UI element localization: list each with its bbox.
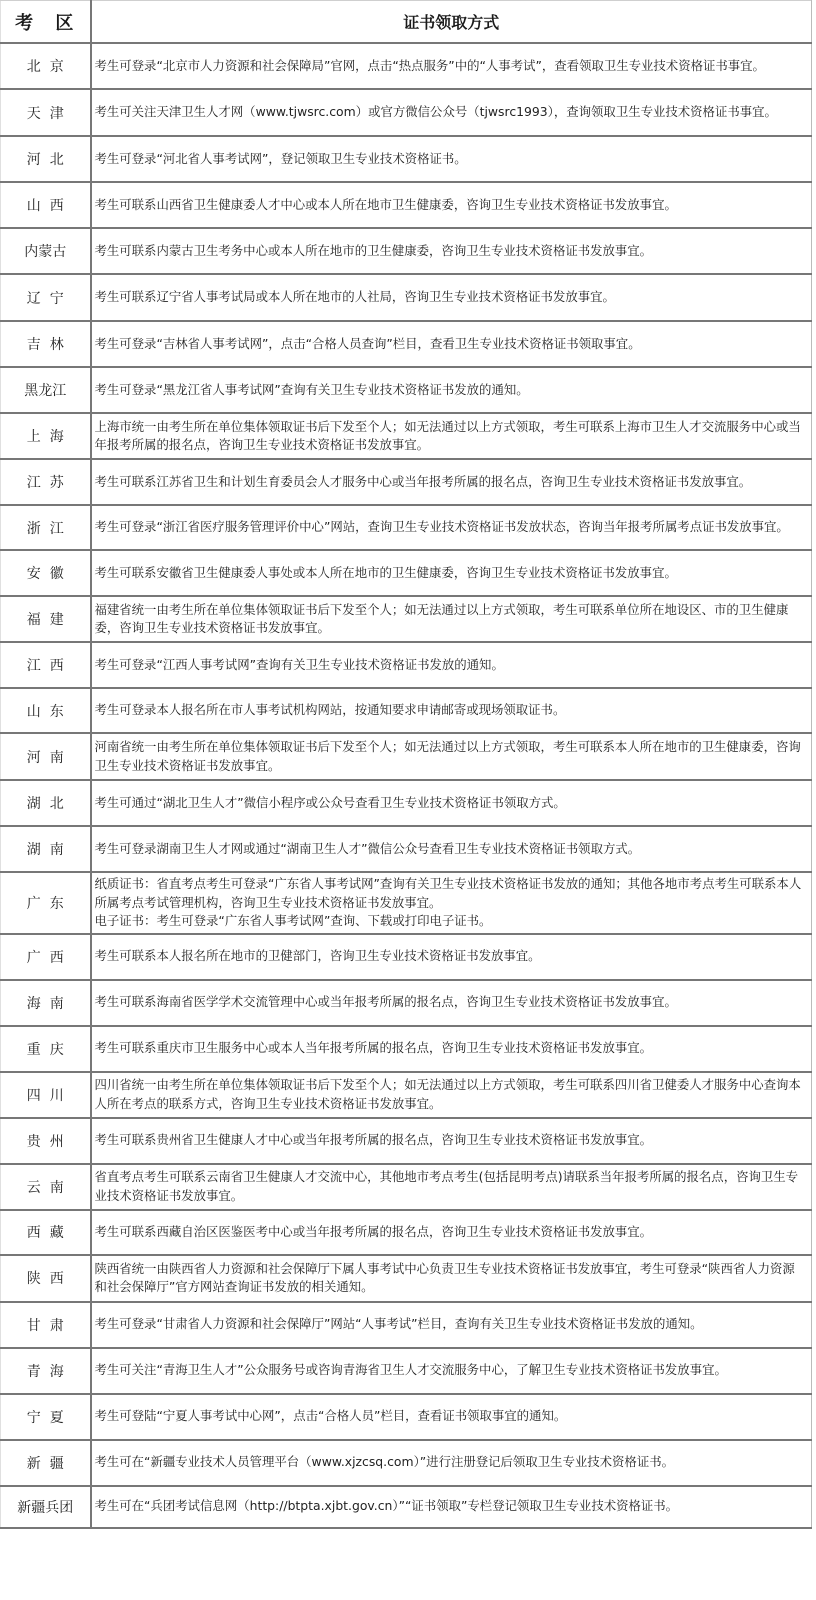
region-cell: 青海 [1, 1348, 91, 1394]
region-cell: 河北 [1, 136, 91, 182]
table-row: 江苏考生可联系江苏省卫生和计划生育委员会人才服务中心或当年报考所属的报名点，咨询… [1, 459, 812, 505]
collection-method-cell: 河南省统一由考生所在单位集体领取证书后下发至个人；如无法通过以上方式领取，考生可… [91, 733, 812, 780]
region-cell: 河南 [1, 733, 91, 780]
collection-method-cell: 考生可登录本人报名所在市人事考试机构网站，按通知要求申请邮寄或现场领取证书。 [91, 688, 812, 733]
region-cell: 湖北 [1, 780, 91, 826]
collection-method-cell: 考生可通过“湖北卫生人才”微信小程序或公众号查看卫生专业技术资格证书领取方式。 [91, 780, 812, 826]
method-text: 福建省统一由考生所在单位集体领取证书后下发至个人；如无法通过以上方式领取，考生可… [95, 601, 808, 638]
region-cell: 宁夏 [1, 1394, 91, 1440]
region-cell: 山西 [1, 182, 91, 228]
collection-method-cell: 考生可登录“河北省人事考试网”，登记领取卫生专业技术资格证书。 [91, 136, 812, 182]
method-text: 考生可联系辽宁省人事考试局或本人所在地市的人社局，咨询卫生专业技术资格证书发放事… [95, 288, 808, 307]
method-text: 考生可登录“吉林省人事考试网”，点击“合格人员查询”栏目，查看卫生专业技术资格证… [95, 335, 808, 354]
method-text: 考生可联系贵州省卫生健康人才中心或当年报考所属的报名点，咨询卫生专业技术资格证书… [95, 1131, 808, 1150]
table-row: 宁夏考生可登陆“宁夏人事考试中心网”，点击“合格人员”栏目，查看证书领取事宜的通… [1, 1394, 812, 1440]
table-row: 吉林考生可登录“吉林省人事考试网”，点击“合格人员查询”栏目，查看卫生专业技术资… [1, 321, 812, 367]
collection-method-cell: 考生可登录湖南卫生人才网或通过“湖南卫生人才”微信公众号查看卫生专业技术资格证书… [91, 826, 812, 872]
table-row: 海南考生可联系海南省医学学术交流管理中心或当年报考所属的报名点，咨询卫生专业技术… [1, 980, 812, 1026]
region-cell: 江西 [1, 642, 91, 688]
table-row: 北京考生可登录“北京市人力资源和社会保障局”官网，点击“热点服务”中的“人事考试… [1, 43, 812, 89]
collection-method-cell: 考生可联系江苏省卫生和计划生育委员会人才服务中心或当年报考所属的报名点，咨询卫生… [91, 459, 812, 505]
collection-method-cell: 考生可在“兵团考试信息网（http://btpta.xjbt.gov.cn）”“… [91, 1486, 812, 1528]
table-row: 湖南考生可登录湖南卫生人才网或通过“湖南卫生人才”微信公众号查看卫生专业技术资格… [1, 826, 812, 872]
method-text: 四川省统一由考生所在单位集体领取证书后下发至个人；如无法通过以上方式领取，考生可… [95, 1076, 808, 1113]
region-cell: 江苏 [1, 459, 91, 505]
collection-method-cell: 考生可联系辽宁省人事考试局或本人所在地市的人社局，咨询卫生专业技术资格证书发放事… [91, 274, 812, 321]
table-row: 安徽考生可联系安徽省卫生健康委人事处或本人所在地市的卫生健康委，咨询卫生专业技术… [1, 550, 812, 596]
method-text: 考生可联系海南省医学学术交流管理中心或当年报考所属的报名点，咨询卫生专业技术资格… [95, 993, 808, 1012]
table-body: 北京考生可登录“北京市人力资源和社会保障局”官网，点击“热点服务”中的“人事考试… [1, 43, 812, 1528]
method-text: 纸质证书：省直考点考生可登录“广东省人事考试网”查询有关卫生专业技术资格证书发放… [95, 875, 808, 912]
region-cell: 吉林 [1, 321, 91, 367]
method-text: 陕西省统一由陕西省人力资源和社会保障厅下属人事考试中心负责卫生专业技术资格证书发… [95, 1260, 808, 1297]
method-text: 考生可联系山西省卫生健康委人才中心或本人所在地市卫生健康委，咨询卫生专业技术资格… [95, 196, 808, 215]
method-text: 考生可登录“浙江省医疗服务管理评价中心”网站，查询卫生专业技术资格证书发放状态，… [95, 518, 808, 537]
collection-method-cell: 考生可登录“黑龙江省人事考试网”查询有关卫生专业技术资格证书发放的通知。 [91, 367, 812, 413]
region-cell: 福建 [1, 596, 91, 642]
collection-method-cell: 考生可登录“浙江省医疗服务管理评价中心”网站，查询卫生专业技术资格证书发放状态，… [91, 505, 812, 550]
header-region: 考 区 [1, 1, 91, 44]
table-row: 陕西陕西省统一由陕西省人力资源和社会保障厅下属人事考试中心负责卫生专业技术资格证… [1, 1255, 812, 1302]
method-text: 考生可联系江苏省卫生和计划生育委员会人才服务中心或当年报考所属的报名点，咨询卫生… [95, 473, 808, 492]
region-cell: 四川 [1, 1072, 91, 1118]
region-cell: 安徽 [1, 550, 91, 596]
method-text: 考生可通过“湖北卫生人才”微信小程序或公众号查看卫生专业技术资格证书领取方式。 [95, 794, 808, 813]
region-cell: 上海 [1, 413, 91, 459]
table-row: 广西考生可联系本人报名所在地市的卫健部门，咨询卫生专业技术资格证书发放事宜。 [1, 934, 812, 980]
collection-method-cell: 考生可关注“青海卫生人才”公众服务号或咨询青海省卫生人才交流服务中心，了解卫生专… [91, 1348, 812, 1394]
header-collection-method: 证书领取方式 [91, 1, 812, 44]
method-text: 上海市统一由考生所在单位集体领取证书后下发至个人；如无法通过以上方式领取，考生可… [95, 418, 808, 455]
method-text: 考生可登录“江西人事考试网”查询有关卫生专业技术资格证书发放的通知。 [95, 656, 808, 675]
region-cell: 内蒙古 [1, 228, 91, 274]
region-cell: 云南 [1, 1164, 91, 1210]
method-text: 考生可在“新疆专业技术人员管理平台（www.xjzcsq.com）”进行注册登记… [95, 1453, 808, 1472]
collection-method-cell: 考生可联系重庆市卫生服务中心或本人当年报考所属的报名点，咨询卫生专业技术资格证书… [91, 1026, 812, 1072]
method-text: 考生可联系西藏自治区医鉴医考中心或当年报考所属的报名点，咨询卫生专业技术资格证书… [95, 1223, 808, 1242]
table-row: 新疆考生可在“新疆专业技术人员管理平台（www.xjzcsq.com）”进行注册… [1, 1440, 812, 1486]
region-cell: 广西 [1, 934, 91, 980]
table-row: 青海考生可关注“青海卫生人才”公众服务号或咨询青海省卫生人才交流服务中心，了解卫… [1, 1348, 812, 1394]
table-row: 天津考生可关注天津卫生人才网（www.tjwsrc.com）或官方微信公众号（t… [1, 89, 812, 136]
region-cell: 黑龙江 [1, 367, 91, 413]
table-row: 西藏考生可联系西藏自治区医鉴医考中心或当年报考所属的报名点，咨询卫生专业技术资格… [1, 1210, 812, 1255]
collection-method-cell: 考生可关注天津卫生人才网（www.tjwsrc.com）或官方微信公众号（tjw… [91, 89, 812, 136]
table-row: 山西考生可联系山西省卫生健康委人才中心或本人所在地市卫生健康委，咨询卫生专业技术… [1, 182, 812, 228]
collection-method-cell: 考生可联系安徽省卫生健康委人事处或本人所在地市的卫生健康委，咨询卫生专业技术资格… [91, 550, 812, 596]
table-row: 江西考生可登录“江西人事考试网”查询有关卫生专业技术资格证书发放的通知。 [1, 642, 812, 688]
region-cell: 北京 [1, 43, 91, 89]
collection-method-cell: 考生可登录“北京市人力资源和社会保障局”官网，点击“热点服务”中的“人事考试”，… [91, 43, 812, 89]
collection-method-cell: 考生可联系贵州省卫生健康人才中心或当年报考所属的报名点，咨询卫生专业技术资格证书… [91, 1118, 812, 1164]
method-text: 考生可联系本人报名所在地市的卫健部门，咨询卫生专业技术资格证书发放事宜。 [95, 947, 808, 966]
method-text: 考生可联系安徽省卫生健康委人事处或本人所在地市的卫生健康委，咨询卫生专业技术资格… [95, 564, 808, 583]
collection-method-cell: 考生可联系海南省医学学术交流管理中心或当年报考所属的报名点，咨询卫生专业技术资格… [91, 980, 812, 1026]
method-text: 考生可联系重庆市卫生服务中心或本人当年报考所属的报名点，咨询卫生专业技术资格证书… [95, 1039, 808, 1058]
table-row: 河北考生可登录“河北省人事考试网”，登记领取卫生专业技术资格证书。 [1, 136, 812, 182]
table-row: 辽宁考生可联系辽宁省人事考试局或本人所在地市的人社局，咨询卫生专业技术资格证书发… [1, 274, 812, 321]
table-row: 新疆兵团考生可在“兵团考试信息网（http://btpta.xjbt.gov.c… [1, 1486, 812, 1528]
table-row: 上海上海市统一由考生所在单位集体领取证书后下发至个人；如无法通过以上方式领取，考… [1, 413, 812, 459]
region-cell: 甘肃 [1, 1302, 91, 1348]
collection-method-cell: 考生可联系本人报名所在地市的卫健部门，咨询卫生专业技术资格证书发放事宜。 [91, 934, 812, 980]
collection-method-cell: 考生可登录“甘肃省人力资源和社会保障厅”网站“人事考试”栏目，查询有关卫生专业技… [91, 1302, 812, 1348]
method-text: 电子证书：考生可登录“广东省人事考试网”查询、下载或打印电子证书。 [95, 912, 808, 931]
method-text: 考生可在“兵团考试信息网（http://btpta.xjbt.gov.cn）”“… [95, 1497, 808, 1516]
method-text: 河南省统一由考生所在单位集体领取证书后下发至个人；如无法通过以上方式领取，考生可… [95, 738, 808, 775]
collection-method-cell: 纸质证书：省直考点考生可登录“广东省人事考试网”查询有关卫生专业技术资格证书发放… [91, 872, 812, 934]
table-row: 河南河南省统一由考生所在单位集体领取证书后下发至个人；如无法通过以上方式领取，考… [1, 733, 812, 780]
region-cell: 辽宁 [1, 274, 91, 321]
region-cell: 天津 [1, 89, 91, 136]
table-row: 湖北考生可通过“湖北卫生人才”微信小程序或公众号查看卫生专业技术资格证书领取方式… [1, 780, 812, 826]
region-cell: 广东 [1, 872, 91, 934]
collection-method-cell: 考生可联系内蒙古卫生考务中心或本人所在地市的卫生健康委，咨询卫生专业技术资格证书… [91, 228, 812, 274]
collection-method-cell: 考生可联系山西省卫生健康委人才中心或本人所在地市卫生健康委，咨询卫生专业技术资格… [91, 182, 812, 228]
collection-method-cell: 福建省统一由考生所在单位集体领取证书后下发至个人；如无法通过以上方式领取，考生可… [91, 596, 812, 642]
method-text: 考生可关注“青海卫生人才”公众服务号或咨询青海省卫生人才交流服务中心，了解卫生专… [95, 1361, 808, 1380]
method-text: 考生可联系内蒙古卫生考务中心或本人所在地市的卫生健康委，咨询卫生专业技术资格证书… [95, 242, 808, 261]
region-cell: 西藏 [1, 1210, 91, 1255]
method-text: 省直考点考生可联系云南省卫生健康人才交流中心，其他地市考点考生(包括昆明考点)请… [95, 1168, 808, 1205]
table-row: 贵州考生可联系贵州省卫生健康人才中心或当年报考所属的报名点，咨询卫生专业技术资格… [1, 1118, 812, 1164]
collection-method-cell: 上海市统一由考生所在单位集体领取证书后下发至个人；如无法通过以上方式领取，考生可… [91, 413, 812, 459]
region-cell: 重庆 [1, 1026, 91, 1072]
collection-method-cell: 考生可登陆“宁夏人事考试中心网”，点击“合格人员”栏目，查看证书领取事宜的通知。 [91, 1394, 812, 1440]
table-row: 内蒙古考生可联系内蒙古卫生考务中心或本人所在地市的卫生健康委，咨询卫生专业技术资… [1, 228, 812, 274]
table-row: 云南省直考点考生可联系云南省卫生健康人才交流中心，其他地市考点考生(包括昆明考点… [1, 1164, 812, 1210]
method-text: 考生可登录“河北省人事考试网”，登记领取卫生专业技术资格证书。 [95, 150, 808, 169]
method-text: 考生可登录“甘肃省人力资源和社会保障厅”网站“人事考试”栏目，查询有关卫生专业技… [95, 1315, 808, 1334]
method-text: 考生可登录本人报名所在市人事考试机构网站，按通知要求申请邮寄或现场领取证书。 [95, 701, 808, 720]
method-text: 考生可登录“黑龙江省人事考试网”查询有关卫生专业技术资格证书发放的通知。 [95, 381, 808, 400]
table-row: 重庆考生可联系重庆市卫生服务中心或本人当年报考所属的报名点，咨询卫生专业技术资格… [1, 1026, 812, 1072]
collection-method-cell: 考生可在“新疆专业技术人员管理平台（www.xjzcsq.com）”进行注册登记… [91, 1440, 812, 1486]
table-row: 山东考生可登录本人报名所在市人事考试机构网站，按通知要求申请邮寄或现场领取证书。 [1, 688, 812, 733]
table-row: 甘肃考生可登录“甘肃省人力资源和社会保障厅”网站“人事考试”栏目，查询有关卫生专… [1, 1302, 812, 1348]
collection-method-cell: 四川省统一由考生所在单位集体领取证书后下发至个人；如无法通过以上方式领取，考生可… [91, 1072, 812, 1118]
collection-method-cell: 考生可登录“吉林省人事考试网”，点击“合格人员查询”栏目，查看卫生专业技术资格证… [91, 321, 812, 367]
table-row: 四川四川省统一由考生所在单位集体领取证书后下发至个人；如无法通过以上方式领取，考… [1, 1072, 812, 1118]
region-cell: 贵州 [1, 1118, 91, 1164]
region-cell: 新疆兵团 [1, 1486, 91, 1528]
region-cell: 浙江 [1, 505, 91, 550]
collection-method-cell: 考生可联系西藏自治区医鉴医考中心或当年报考所属的报名点，咨询卫生专业技术资格证书… [91, 1210, 812, 1255]
region-cell: 新疆 [1, 1440, 91, 1486]
region-cell: 山东 [1, 688, 91, 733]
method-text: 考生可登陆“宁夏人事考试中心网”，点击“合格人员”栏目，查看证书领取事宜的通知。 [95, 1407, 808, 1426]
region-cell: 湖南 [1, 826, 91, 872]
certificate-collection-table: 考 区 证书领取方式 北京考生可登录“北京市人力资源和社会保障局”官网，点击“热… [0, 0, 812, 1529]
collection-method-cell: 省直考点考生可联系云南省卫生健康人才交流中心，其他地市考点考生(包括昆明考点)请… [91, 1164, 812, 1210]
table-row: 福建福建省统一由考生所在单位集体领取证书后下发至个人；如无法通过以上方式领取，考… [1, 596, 812, 642]
collection-method-cell: 陕西省统一由陕西省人力资源和社会保障厅下属人事考试中心负责卫生专业技术资格证书发… [91, 1255, 812, 1302]
method-text: 考生可登录“北京市人力资源和社会保障局”官网，点击“热点服务”中的“人事考试”，… [95, 57, 808, 76]
method-text: 考生可登录湖南卫生人才网或通过“湖南卫生人才”微信公众号查看卫生专业技术资格证书… [95, 840, 808, 859]
region-cell: 陕西 [1, 1255, 91, 1302]
method-text: 考生可关注天津卫生人才网（www.tjwsrc.com）或官方微信公众号（tjw… [95, 103, 808, 122]
region-cell: 海南 [1, 980, 91, 1026]
table-row: 广东纸质证书：省直考点考生可登录“广东省人事考试网”查询有关卫生专业技术资格证书… [1, 872, 812, 934]
collection-method-cell: 考生可登录“江西人事考试网”查询有关卫生专业技术资格证书发放的通知。 [91, 642, 812, 688]
table-row: 黑龙江考生可登录“黑龙江省人事考试网”查询有关卫生专业技术资格证书发放的通知。 [1, 367, 812, 413]
table-row: 浙江考生可登录“浙江省医疗服务管理评价中心”网站，查询卫生专业技术资格证书发放状… [1, 505, 812, 550]
table-header-row: 考 区 证书领取方式 [1, 1, 812, 44]
